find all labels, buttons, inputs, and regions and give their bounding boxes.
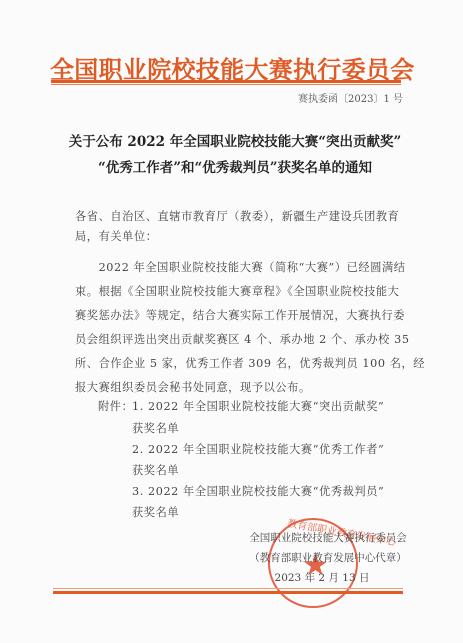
footer-divider-thin (53, 588, 403, 589)
attachment-item-1-cont: 获奖名单 (132, 420, 179, 436)
signature-date: 2023 年 2 月 13 日 (212, 570, 432, 585)
body-line: 束。根据《全国职业院校技能大赛章程》《全国职业院校技能大 (75, 283, 399, 299)
attachment-item-3-cont: 获奖名单 (132, 504, 179, 520)
attachment-item-2: 2. 2022 年全国职业院校技能大赛“优秀工作者” (132, 441, 384, 457)
body-line: 2022 年全国职业院校技能大赛（简称“大赛”）已经圆满结 (75, 259, 406, 275)
body-line: 报大赛组织委员会秘书处同意，现予以公布。 (75, 379, 311, 395)
attachments-label: 附件： (98, 398, 133, 414)
body-line: 所、合作企业 5 家，优秀工作者 309 名，优秀裁判员 100 名，经 (75, 355, 425, 371)
body-line: 员会组织评选出突出贡献奖赛区 4 个、承办地 2 个、承办校 35 (75, 331, 410, 347)
notice-title-line-1: 关于公布 2022 年全国职业院校技能大赛“突出贡献奖” (55, 130, 415, 150)
attachment-item-3: 3. 2022 年全国职业院校技能大赛“优秀裁判员” (132, 483, 384, 499)
document-number: 赛执委函〔2023〕1 号 (298, 90, 403, 105)
attachment-item-1: 1. 2022 年全国职业院校技能大赛“突出贡献奖” (132, 398, 384, 414)
body-line: 局，有关单位： (75, 228, 158, 244)
footer-divider-thick (53, 591, 403, 594)
attachment-item-2-cont: 获奖名单 (132, 462, 179, 478)
notice-title-line-2: “优秀工作者”和“优秀裁判员”获奖名单的通知 (55, 156, 415, 176)
signature-org: 全国职业院校技能大赛执行委员会 (218, 530, 438, 545)
signature-proxy: （教育部职业教育发展中心代章） (218, 550, 438, 565)
header-divider-thin (51, 84, 401, 85)
body-line: 各省、自治区、直辖市教育厅（教委），新疆生产建设兵团教育 (75, 208, 399, 224)
header-divider-thick (51, 80, 401, 83)
body-line: 赛奖惩办法》等规定，结合大赛实际工作开展情况，大赛执行委 (75, 307, 405, 323)
